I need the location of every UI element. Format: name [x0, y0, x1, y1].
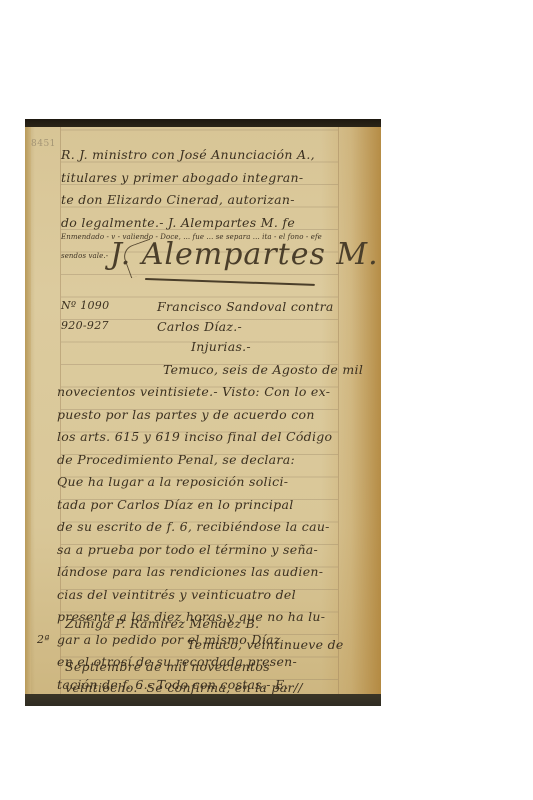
signature: J. Alempartes M. [110, 237, 379, 272]
entry2-line-1: Temuco, seis de Agosto de mil [163, 362, 363, 377]
entry1-note-line-2: sendos vale.- [61, 252, 108, 260]
entry2-line-11: cias del veintitrés y veinticuatro del [57, 587, 296, 602]
entry2-line-14: en el otrosí de su recordada presen- [57, 654, 297, 669]
page-stamp-number: 8451 [31, 139, 56, 149]
entry2-line-6: Que ha lugar a la reposición solici- [57, 474, 288, 489]
parties-line-1: Francisco Sandoval contra [157, 299, 334, 314]
entry2-line-10: lándose para las rendiciones las audien- [57, 564, 323, 579]
ledger-page: 8451 R. J. ministro con José Anunciación… [25, 125, 381, 697]
parties-line-2: Carlos Díaz.- [157, 319, 242, 334]
case-number: Nº 1090 [61, 299, 109, 312]
entry1-line-1: R. J. ministro con José Anunciación A., [61, 147, 315, 162]
right-margin-line [338, 125, 339, 697]
entry2-line-9: sa a prueba por todo el término y seña- [57, 542, 318, 557]
entry2-line-7: tada por Carlos Díaz en lo principal [57, 497, 294, 512]
entry2-line-4: los arts. 615 y 619 inciso final del Cód… [57, 429, 332, 444]
entry2-line-2: novecientos veintisiete.- Visto: Con lo … [57, 384, 330, 399]
entry2-line-12: presente a las diez horas y que no ha lu… [57, 609, 325, 624]
page-binding-edge [25, 125, 31, 697]
entry2-line-13: gar a lo pedido por el mismo Díaz [57, 632, 281, 647]
scanned-page-image: 8451 R. J. ministro con José Anunciación… [25, 119, 381, 706]
entry2-line-5: de Procedimiento Penal, se declara: [57, 452, 295, 467]
entry2-line-8: de su escrito de f. 6, recibiéndose la c… [57, 519, 330, 534]
entry2-line-3: puesto por las partes y de acuerdo con [57, 407, 315, 422]
folio-range: 920-927 [61, 319, 109, 332]
scan-bottom-shadow [25, 694, 381, 706]
entry2-line-15: tación de f. 6.- Todo con costas.- E. [57, 677, 289, 692]
entry1-line-4: do legalmente.- J. Alempartes M. fe [61, 215, 295, 230]
case-subject: Injurias.- [191, 339, 251, 354]
scan-top-shadow [25, 119, 381, 127]
entry1-line-2: titulares y primer abogado integran- [61, 170, 303, 185]
entry1-line-3: te don Elizardo Cinerad, autorizan- [61, 192, 295, 207]
